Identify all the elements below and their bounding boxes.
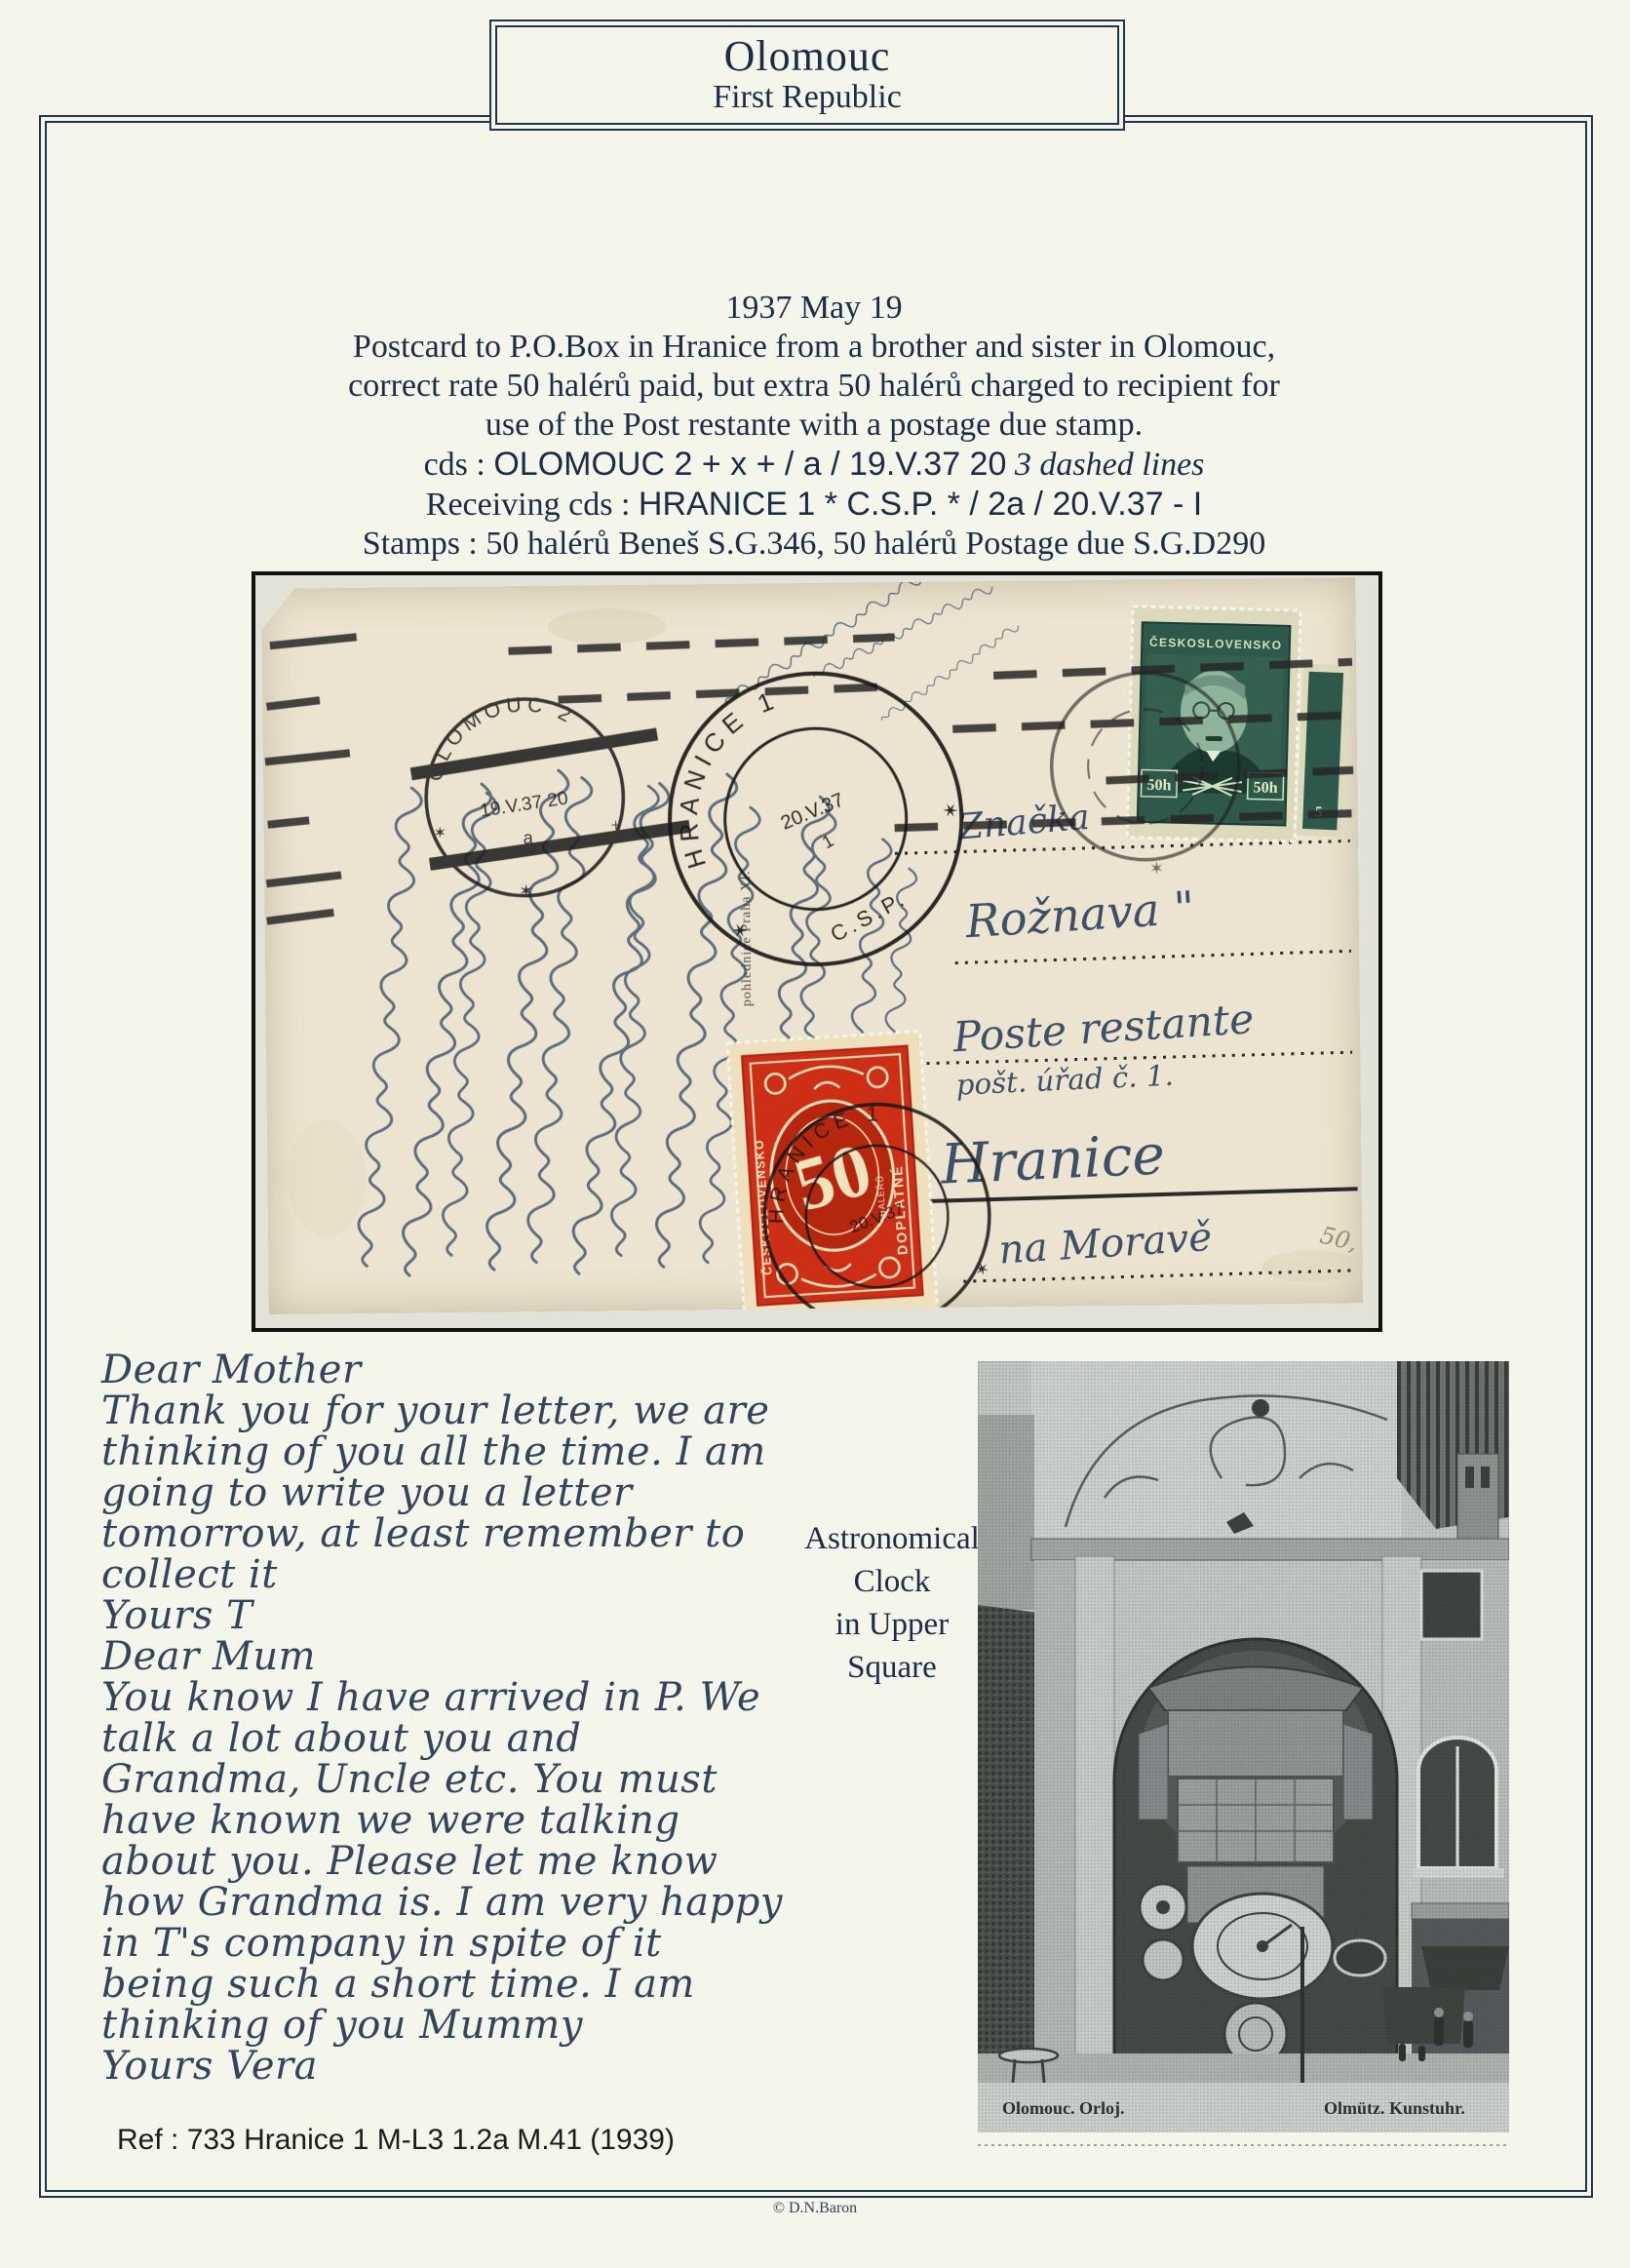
- letter-line: Yours T: [101, 1595, 803, 1636]
- postmark-star: ✶: [434, 825, 447, 841]
- hranice-postmark-date: 20.V.37: [778, 789, 847, 834]
- cds-value: OLOMOUC 2 + x + / a / 19.V.37 20: [493, 446, 1006, 483]
- title-box: Olomouc First Republic: [489, 20, 1125, 131]
- postmark-star: ✶: [519, 881, 533, 901]
- description-line: correct rate 50 halérů paid, but extra 5…: [127, 367, 1501, 406]
- letter-line: collect it: [101, 1554, 803, 1595]
- description-cds-line: cds : OLOMOUC 2 + x + / a / 19.V.37 20 3…: [127, 445, 1501, 485]
- benes-stamp: ČESKOSLOVENSKO 50h 50h: [1127, 606, 1300, 841]
- letter-line: Grandma, Uncle etc. You must: [101, 1759, 803, 1800]
- letter-line: talk a lot about you and: [101, 1718, 803, 1759]
- copyright-note: © D.N.Baron: [0, 2200, 1630, 2217]
- page-title: Olomouc: [724, 34, 891, 79]
- postmark-star: +: [1062, 813, 1070, 830]
- reference-note: Ref : 733 Hranice 1 M-L3 1.2a M.41 (1939…: [117, 2124, 675, 2157]
- halftone-overlay: [978, 1361, 1509, 2131]
- stamp-value-left: 50h: [1146, 777, 1172, 795]
- letter-line: thinking of you Mummy: [101, 2005, 803, 2046]
- clock-photo-svg: Olomouc. Orloj. Olmütz. Kunstuhr.: [978, 1361, 1509, 2159]
- stamp-value-right: 50h: [1253, 779, 1278, 797]
- address-word-post-urad: pošt. úřad č. 1.: [955, 1059, 1175, 1102]
- hranice-postmark-index: 1: [819, 831, 836, 852]
- postcard-mount-frame: Značka Rožnava " Poste restante pošt. úř…: [252, 571, 1382, 1332]
- description-receiving-line: Receiving cds : HRANICE 1 * C.S.P. * / 2…: [127, 485, 1501, 525]
- paper-stain: [548, 608, 667, 645]
- address-word-roznava: Rožnava ": [963, 881, 1196, 949]
- letter-line: Dear Mother: [101, 1349, 803, 1390]
- letter-line: You know I have arrived in P. We: [101, 1677, 803, 1718]
- page-subtitle: First Republic: [713, 79, 902, 116]
- letter-line: how Grandma is. I am very happy: [101, 1882, 803, 1923]
- letter-line: being such a short time. I am: [101, 1964, 803, 2005]
- handwritten-address: Značka Rožnava " Poste restante pošt. úř…: [935, 793, 1361, 1273]
- letter-line: tomorrow, at least remember to: [101, 1513, 803, 1554]
- hranice-postmark: HRANICE 1 C.S.P. 20.V.37 1 ✶ ✶: [618, 621, 1014, 1016]
- description-line: Postcard to P.O.Box in Hranice from a br…: [127, 328, 1501, 367]
- letter-line: thinking of you all the time. I am: [101, 1431, 803, 1472]
- title-box-inner: Olomouc First Republic: [495, 25, 1119, 125]
- postmark-star: ✶: [1149, 859, 1164, 879]
- address-word-poste-restante: Poste restante: [951, 995, 1255, 1061]
- portrait-moustache: [1206, 736, 1222, 741]
- postcard-paper: Značka Rožnava " Poste restante pošt. úř…: [261, 577, 1363, 1314]
- cds-note: 3 dashed lines: [1006, 447, 1204, 483]
- letter-transcription: Dear Mother Thank you for your letter, w…: [101, 1349, 803, 2087]
- postcard-scan: Značka Rožnava " Poste restante pošt. úř…: [261, 577, 1363, 1314]
- receiving-value: HRANICE 1 * C.S.P. * / 2a / 20.V.37 - I: [639, 486, 1202, 523]
- postmark-star: +: [610, 815, 620, 835]
- letter-line: going to write you a letter: [101, 1472, 803, 1513]
- letter-line: Dear Mum: [101, 1636, 803, 1677]
- olomouc-postmark: OLOMOUC 2 19.V.37 20 a + ✶ ✶: [410, 691, 690, 902]
- clock-photo: Olomouc. Orloj. Olmütz. Kunstuhr.: [978, 1361, 1509, 2159]
- letter-line: in T's company in spite of it: [101, 1923, 803, 1964]
- description-block: 1937 May 19 Postcard to P.O.Box in Hrani…: [127, 289, 1501, 564]
- cds-label: cds :: [424, 447, 494, 483]
- album-page: Olomouc First Republic 1937 May 19 Postc…: [0, 0, 1630, 2268]
- olomouc-postmark-index: a: [524, 828, 534, 847]
- address-word-morave: na Moravě: [997, 1214, 1213, 1273]
- description-date: 1937 May 19: [127, 289, 1501, 328]
- receiving-label: Receiving cds :: [426, 487, 639, 523]
- description-stamps-line: Stamps : 50 halérů Beneš S.G.346, 50 hal…: [127, 525, 1501, 564]
- letter-line: have known we were talking: [101, 1800, 803, 1841]
- description-line: use of the Post restante with a postage …: [127, 406, 1501, 445]
- sliver-field: [1302, 672, 1343, 831]
- letter-line: Yours Vera: [101, 2046, 803, 2087]
- olomouc-postmark-date: 19.V.37 20: [479, 788, 569, 821]
- address-dotted-line: [955, 951, 1351, 962]
- postmark-star: ✶: [972, 1258, 991, 1280]
- paper-stain: [287, 1118, 367, 1237]
- letter-line: Thank you for your letter, we are: [101, 1390, 803, 1431]
- letter-line: about you. Please let me know: [101, 1841, 803, 1882]
